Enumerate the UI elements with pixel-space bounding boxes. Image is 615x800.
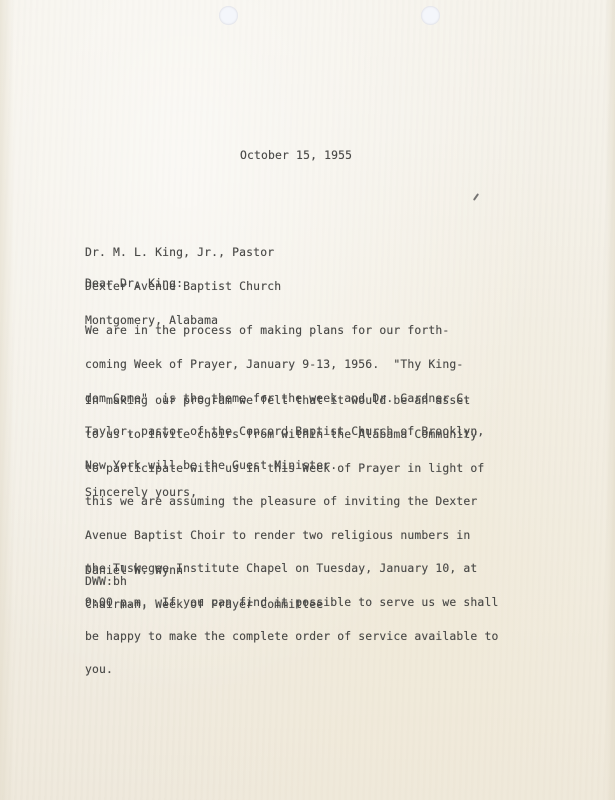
punch-hole-right — [421, 6, 440, 25]
text-line: In making our program we felt that it wo… — [85, 395, 498, 406]
paper-edge-right — [605, 0, 615, 800]
text-line: coming Week of Prayer, January 9-13, 195… — [85, 359, 484, 370]
text-line: We are in the process of making plans fo… — [85, 325, 484, 336]
text-line: Avenue Baptist Choir to render two relig… — [85, 530, 498, 541]
reference-initials: DWW:bh — [85, 576, 127, 587]
body-paragraph-2: In making our program we felt that it wo… — [85, 373, 498, 687]
paper-edge-left — [0, 0, 14, 800]
signer-title: Chairman, Week of Prayer Committee — [85, 599, 323, 610]
text-line: be happy to make the complete order of s… — [85, 631, 498, 642]
letter-date: October 15, 1955 — [240, 150, 352, 161]
salutation: Dear Dr. King: — [85, 278, 183, 289]
punch-hole-left — [219, 6, 238, 25]
text-line: to participate with us in this Week of P… — [85, 463, 498, 474]
text-line: you. — [85, 664, 498, 675]
recipient-line: Dr. M. L. King, Jr., Pastor — [85, 247, 281, 258]
text-line: to us to invite choirs from within the A… — [85, 429, 498, 440]
closing: Sincerely yours, — [85, 487, 197, 498]
